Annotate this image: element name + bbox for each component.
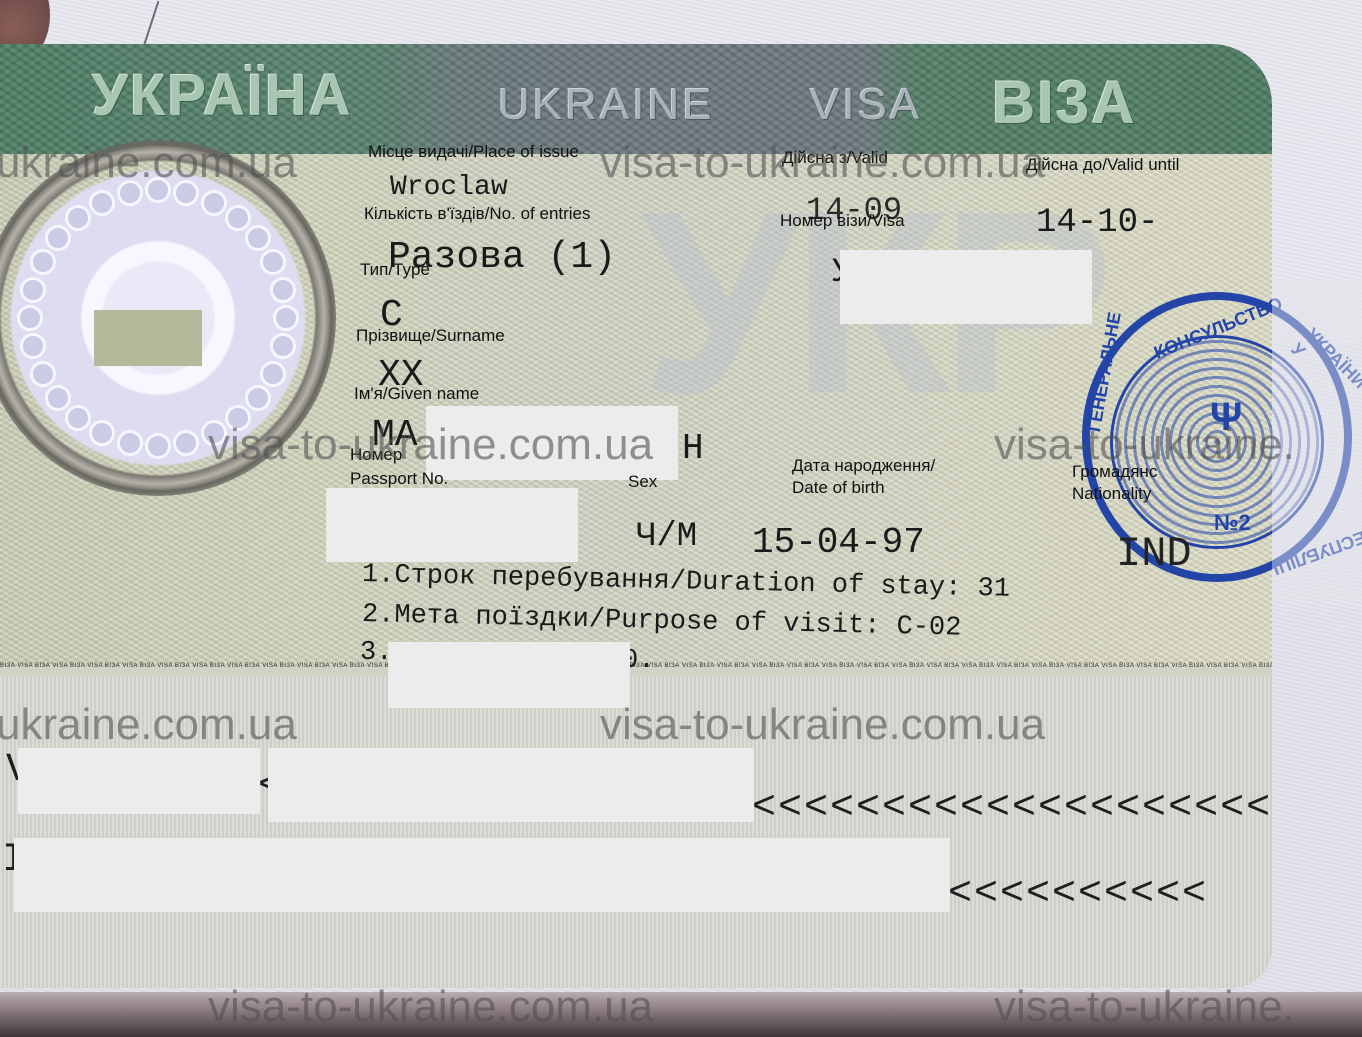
sex-label: Sex	[628, 472, 657, 492]
given-name-label: Ім'я/Given name	[354, 384, 479, 404]
place-of-issue-value: Wroclaw	[390, 172, 508, 203]
place-of-issue-label: Місце видачі/Place of issue	[368, 142, 579, 162]
hologram-dot	[270, 333, 296, 359]
watermark: ukraine.com.ua	[0, 138, 297, 188]
nationality-label-en: Nationality	[1072, 484, 1151, 504]
mrz-line1-filler: <<<<<<<<<<<<<<<<<<<<	[752, 786, 1272, 831]
hologram-dot	[260, 361, 286, 387]
stamp-number: №2	[1214, 510, 1251, 536]
date-of-birth-value: 15-04-97	[752, 522, 925, 563]
hologram-dot	[45, 225, 71, 251]
redaction-mrz-2	[14, 838, 950, 912]
redaction-mrz-1a	[18, 748, 260, 814]
nationality-value: IND	[1116, 530, 1192, 578]
entries-label: Кількість в'їздів/No. of entries	[364, 204, 591, 224]
hologram-dot	[20, 277, 46, 303]
hologram-dot	[65, 205, 91, 231]
hologram-dot	[145, 433, 171, 459]
hologram-dot	[201, 190, 227, 216]
hologram-dot	[30, 249, 56, 275]
redaction-passport-number	[326, 488, 578, 562]
passport-number-label-en: Passport No.	[350, 469, 448, 489]
hologram-dot	[225, 205, 251, 231]
valid-until-value: 14-10-	[1036, 204, 1158, 242]
hologram-dot	[89, 190, 115, 216]
watermark: visa-to-ukraine.	[994, 420, 1295, 470]
hologram-dot	[260, 249, 286, 275]
surname-label: Прізвище/Surname	[356, 326, 505, 346]
watermark: visa-to-ukraine.	[994, 982, 1295, 1032]
hologram-dot	[117, 430, 143, 456]
watermark: visa-to-ukraine.com.ua	[600, 700, 1045, 750]
hologram-dot	[65, 405, 91, 431]
redaction-visa-number	[840, 250, 1092, 324]
hologram-dot	[273, 305, 299, 331]
mrz-line2-filler: <<<<<<<<<<	[948, 872, 1208, 917]
date-of-birth-label-en: Date of birth	[792, 478, 885, 498]
watermark: ukraine.com.ua	[0, 700, 297, 750]
sex-value: Ч/М	[636, 518, 697, 556]
hologram-dot	[173, 430, 199, 456]
redaction-mrz-1b	[268, 748, 754, 822]
redaction-remark-3	[388, 642, 630, 708]
header-title-ukrainian: УКРАЇНА	[92, 62, 353, 129]
visa-number-label: Номер візи/Visa	[780, 211, 905, 231]
type-label: Тип/Type	[360, 260, 430, 280]
hologram-dot	[245, 385, 271, 411]
valid-until-label: Дійсна до/Valid until	[1026, 155, 1179, 175]
header-title-english: UKRAINE	[498, 80, 715, 130]
header-visa-english: VISA	[810, 80, 922, 130]
watermark: visa-to-ukraine.com.ua	[208, 982, 653, 1032]
hologram-center-patch	[94, 310, 202, 366]
hologram-dot	[89, 420, 115, 446]
hologram-dot	[45, 385, 71, 411]
header-visa-ukrainian: BI3A	[992, 68, 1137, 137]
date-of-birth-label-ua: Дата народження/	[792, 456, 935, 476]
hologram-dot	[17, 305, 43, 331]
given-name-value-tail: H	[682, 428, 704, 469]
hologram-dot	[245, 225, 271, 251]
watermark: visa-to-ukraine.com.ua	[208, 420, 653, 470]
hologram-dot	[270, 277, 296, 303]
watermark: visa-to-ukraine.com.ua	[600, 138, 1045, 188]
hologram-dot	[30, 361, 56, 387]
hologram-dot	[20, 333, 46, 359]
